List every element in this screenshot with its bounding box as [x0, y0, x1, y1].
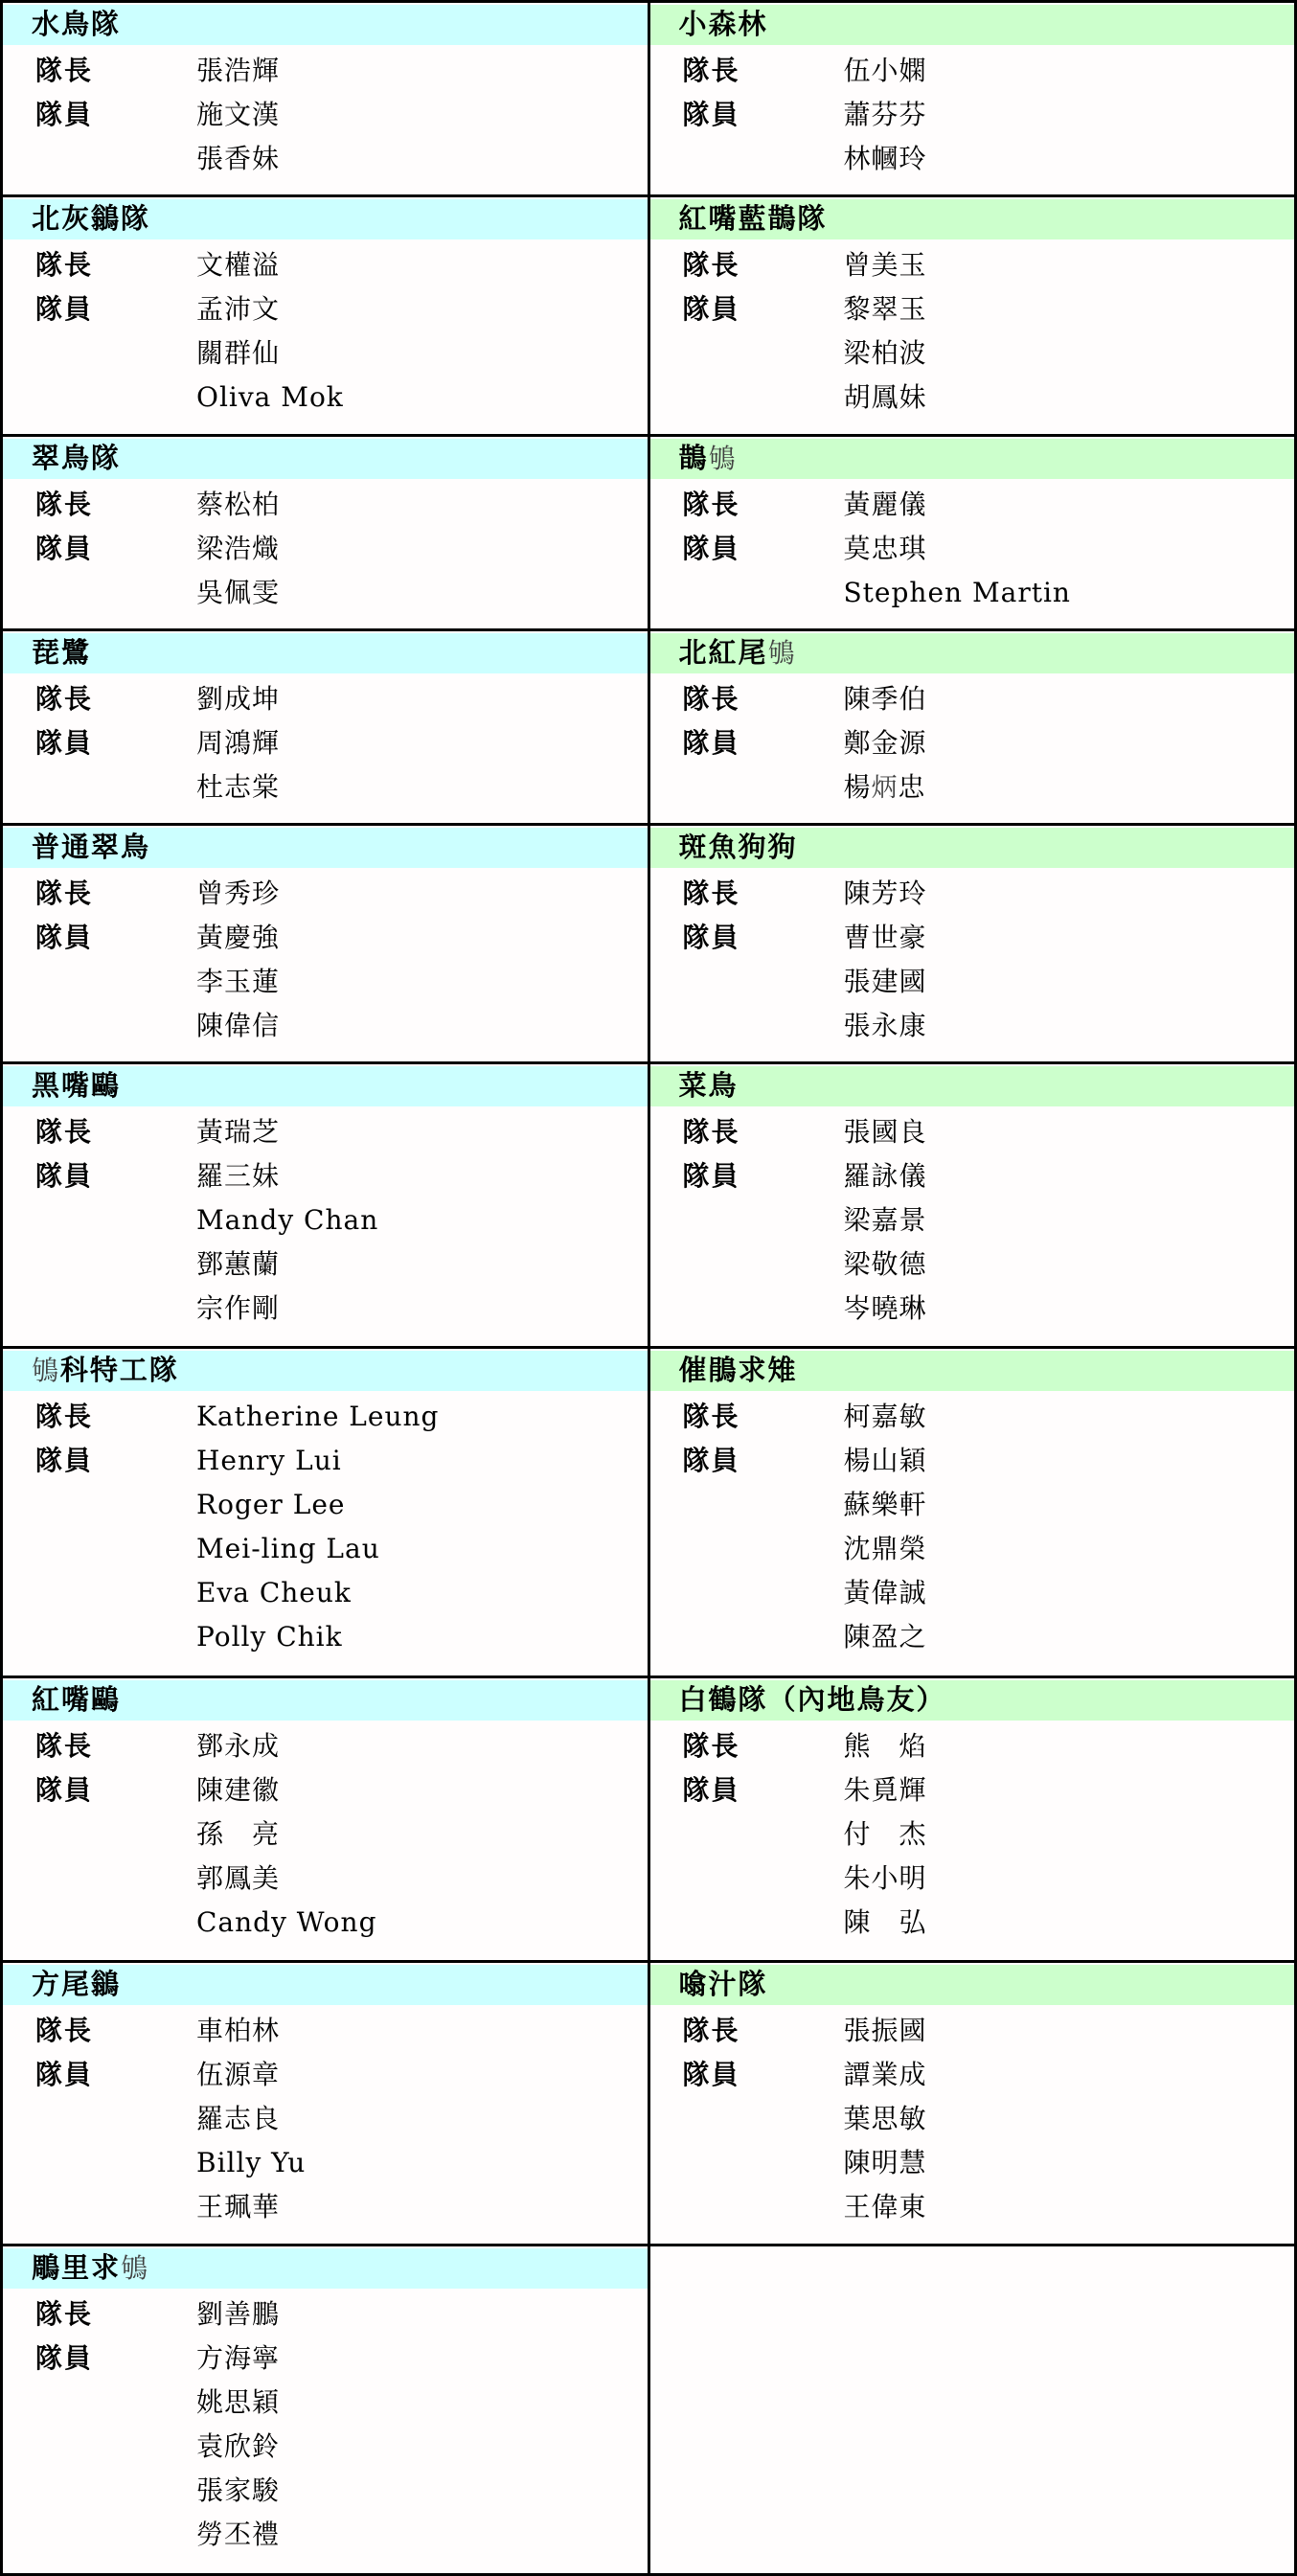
team-cell: 小森林隊長伍小嫻隊員蕭芬芬林幗玲	[648, 3, 1295, 194]
team-roster-rows: 隊長蔡松柏隊員梁浩熾吳佩雯	[3, 479, 648, 625]
roster-row: 隊員蕭芬芬	[650, 93, 1295, 137]
team-cell: 噏汁隊隊長張振國隊員譚業成葉思敏陳明慧王偉東	[648, 1960, 1295, 2245]
roster-row: 王珮華	[3, 2185, 648, 2229]
roster-row: Stephen Martin	[650, 571, 1295, 615]
roster-row: 李玉蓮	[3, 960, 648, 1004]
roster-table-row: 翠鳥隊隊長蔡松柏隊員梁浩熾吳佩雯鵲鴝隊長黃麗儀隊員莫忠琪Stephen Mart…	[3, 434, 1294, 628]
role-label: 隊員	[650, 2053, 844, 2097]
person-name: 張振國	[844, 2009, 1295, 2053]
team-name-header: 北紅尾鴝	[650, 633, 1295, 673]
person-name: 張永康	[844, 1004, 1295, 1048]
roster-row: 隊長文權溢	[3, 243, 648, 287]
roster-row: Mandy Chan	[3, 1198, 648, 1242]
role-label	[650, 1527, 844, 1571]
person-name: Oliva Mok	[196, 376, 648, 420]
roster-row: 胡鳳妹	[650, 376, 1295, 420]
roster-row: 隊員鄭金源	[650, 721, 1295, 765]
team-roster-rows: 隊長伍小嫻隊員蕭芬芬林幗玲	[650, 45, 1295, 191]
team-roster-rows: 隊長車柏林隊員伍源章羅志良Billy Yu王珮華	[3, 2005, 648, 2239]
roster-row: 隊員黃慶強	[3, 916, 648, 960]
roster-row: 陳盈之	[650, 1615, 1295, 1659]
person-name: Katherine Leung	[196, 1395, 648, 1439]
team-cell: 水鳥隊隊長張浩輝隊員施文漢張香妹	[3, 3, 648, 194]
role-label	[650, 960, 844, 1004]
role-label	[3, 1198, 196, 1242]
team-roster-rows: 隊長陳季伯隊員鄭金源楊炳忠	[650, 673, 1295, 819]
role-label	[650, 1198, 844, 1242]
roster-row: 孫 亮	[3, 1812, 648, 1857]
team-cell: 方尾鶲隊長車柏林隊員伍源章羅志良Billy Yu王珮華	[3, 1960, 648, 2245]
role-label: 隊員	[650, 1154, 844, 1198]
roster-row: Billy Yu	[3, 2141, 648, 2185]
roster-row: 蘇樂軒	[650, 1483, 1295, 1527]
roster-row: 朱小明	[650, 1857, 1295, 1901]
team-name-header: 紅嘴鷗	[3, 1680, 648, 1721]
role-label	[650, 2097, 844, 2141]
role-label: 隊員	[3, 2337, 196, 2381]
person-name: 張建國	[844, 960, 1295, 1004]
roster-row: 隊員周鴻輝	[3, 721, 648, 765]
role-label: 隊長	[3, 1724, 196, 1768]
role-label	[3, 2469, 196, 2513]
person-name: 黃偉誠	[844, 1571, 1295, 1615]
roster-row: 隊長曾美玉	[650, 243, 1295, 287]
roster-row: Roger Lee	[3, 1483, 648, 1527]
person-name: 鄧蕙蘭	[196, 1242, 648, 1287]
role-label	[3, 2381, 196, 2425]
roster-row: 鄧蕙蘭	[3, 1242, 648, 1287]
role-label: 隊長	[3, 1110, 196, 1154]
roster-row: 隊員羅三妹	[3, 1154, 648, 1198]
roster-row: 隊長車柏林	[3, 2009, 648, 2053]
role-label: 隊長	[650, 483, 844, 527]
roster-row: 隊員羅詠儀	[650, 1154, 1295, 1198]
roster-row: 隊長張振國	[650, 2009, 1295, 2053]
roster-row: Eva Cheuk	[3, 1571, 648, 1615]
person-name: 林幗玲	[844, 137, 1295, 181]
team-roster-rows: 隊長劉善鵬隊員方海寧姚思穎袁欣鈴張家駿勞丕禮	[3, 2289, 648, 2566]
person-name: 鄧永成	[196, 1724, 648, 1768]
team-roster-rows: 隊長張浩輝隊員施文漢張香妹	[3, 45, 648, 191]
roster-row: 隊員莫忠琪	[650, 527, 1295, 571]
role-label: 隊員	[650, 916, 844, 960]
role-label	[650, 2185, 844, 2229]
roster-row: 林幗玲	[650, 137, 1295, 181]
team-roster-rows: 隊長文權溢隊員孟沛文關群仙Oliva Mok	[3, 239, 648, 429]
person-name: Henry Lui	[196, 1439, 648, 1483]
role-label	[650, 137, 844, 181]
roster-row: 隊員Henry Lui	[3, 1439, 648, 1483]
person-name: 梁浩熾	[196, 527, 648, 571]
role-label	[3, 765, 196, 809]
person-name: 胡鳳妹	[844, 376, 1295, 420]
role-label	[650, 2141, 844, 2185]
roster-row: 楊炳忠	[650, 765, 1295, 809]
role-label	[3, 960, 196, 1004]
roster-row: 袁欣鈴	[3, 2425, 648, 2469]
roster-row: 張家駿	[3, 2469, 648, 2513]
team-cell: 北灰鶲隊隊長文權溢隊員孟沛文關群仙Oliva Mok	[3, 194, 648, 434]
team-cell: 紅嘴鷗隊長鄧永成隊員陳建徽孫 亮郭鳳美Candy Wong	[3, 1676, 648, 1960]
role-label: 隊長	[3, 49, 196, 93]
team-roster-rows: 隊長劉成坤隊員周鴻輝杜志棠	[3, 673, 648, 819]
roster-row: 岑曉琳	[650, 1287, 1295, 1331]
person-name: 朱覓輝	[844, 1768, 1295, 1812]
person-name: 施文漢	[196, 93, 648, 137]
person-name: 李玉蓮	[196, 960, 648, 1004]
roster-row: Polly Chik	[3, 1615, 648, 1659]
roster-table-row: 紅嘴鷗隊長鄧永成隊員陳建徽孫 亮郭鳳美Candy Wong白鶴隊（內地鳥友）隊長…	[3, 1676, 1294, 1960]
person-name: 杜志棠	[196, 765, 648, 809]
team-roster-rows: 隊長曾秀珍隊員黃慶強李玉蓮陳偉信	[3, 868, 648, 1058]
role-label	[3, 1857, 196, 1901]
roster-row: 勞丕禮	[3, 2513, 648, 2557]
role-label	[650, 331, 844, 376]
role-label: 隊員	[650, 721, 844, 765]
person-name: 莫忠琪	[844, 527, 1295, 571]
person-name: 王珮華	[196, 2185, 648, 2229]
team-roster-rows: 隊長熊 焰隊員朱覓輝付 杰朱小明陳 弘	[650, 1721, 1295, 1954]
roster-row: 隊長張國良	[650, 1110, 1295, 1154]
team-name-header: 琵鷺	[3, 633, 648, 673]
roster-row: 梁嘉景	[650, 1198, 1295, 1242]
person-name: 羅詠儀	[844, 1154, 1295, 1198]
team-roster-rows: 隊長陳芳玲隊員曹世豪張建國張永康	[650, 868, 1295, 1058]
roster-row: 隊員譚業成	[650, 2053, 1295, 2097]
team-cell: 琵鷺隊長劉成坤隊員周鴻輝杜志棠	[3, 628, 648, 823]
person-name: 梁嘉景	[844, 1198, 1295, 1242]
roster-row: Mei-ling Lau	[3, 1527, 648, 1571]
roster-row: 隊長陳芳玲	[650, 872, 1295, 916]
role-label	[3, 1901, 196, 1945]
role-label	[650, 571, 844, 615]
roster-row: 陳明慧	[650, 2141, 1295, 2185]
team-name-header: 北灰鶲隊	[3, 199, 648, 239]
person-name: 蔡松柏	[196, 483, 648, 527]
team-cell: 黑嘴鷗隊長黃瑞芝隊員羅三妹Mandy Chan鄧蕙蘭宗作剛	[3, 1061, 648, 1346]
person-name: 孫 亮	[196, 1812, 648, 1857]
roster-row: 沈鼎榮	[650, 1527, 1295, 1571]
person-name: 伍源章	[196, 2053, 648, 2097]
roster-row: 梁敬德	[650, 1242, 1295, 1287]
team-cell: 鴝科特工隊隊長Katherine Leung隊員Henry LuiRoger L…	[3, 1346, 648, 1676]
roster-row: 隊長鄧永成	[3, 1724, 648, 1768]
person-name: 楊炳忠	[844, 765, 1295, 809]
role-label	[650, 1483, 844, 1527]
role-label	[650, 1242, 844, 1287]
roster-row: 隊員方海寧	[3, 2337, 648, 2381]
roster-row: 宗作剛	[3, 1287, 648, 1331]
fallback-glyph: 鴝	[768, 638, 797, 668]
roster-row: 陳偉信	[3, 1004, 648, 1048]
role-label: 隊長	[650, 1724, 844, 1768]
person-name: 陳偉信	[196, 1004, 648, 1048]
roster-row: 姚思穎	[3, 2381, 648, 2425]
team-roster-rows: 隊長黃麗儀隊員莫忠琪Stephen Martin	[650, 479, 1295, 625]
team-name-header: 鵰里求鴝	[3, 2248, 648, 2289]
role-label	[3, 376, 196, 420]
person-name: 羅志良	[196, 2097, 648, 2141]
person-name: 柯嘉敏	[844, 1395, 1295, 1439]
team-cell: 紅嘴藍鵲隊隊長曾美玉隊員黎翠玉梁柏波胡鳳妹	[648, 194, 1295, 434]
role-label: 隊長	[3, 677, 196, 721]
person-name: 曾秀珍	[196, 872, 648, 916]
person-name: 黃瑞芝	[196, 1110, 648, 1154]
team-roster-rows: 隊長張國良隊員羅詠儀梁嘉景梁敬德岑曉琳	[650, 1106, 1295, 1340]
team-name-header: 催鵑求雉	[650, 1351, 1295, 1391]
person-name: 王偉東	[844, 2185, 1295, 2229]
role-label: 隊長	[650, 2009, 844, 2053]
role-label	[3, 2185, 196, 2229]
team-name-header: 翠鳥隊	[3, 439, 648, 479]
team-name-header: 普通翠鳥	[3, 828, 648, 868]
role-label	[650, 1571, 844, 1615]
person-name: 張家駿	[196, 2469, 648, 2513]
roster-row: 隊員曹世豪	[650, 916, 1295, 960]
roster-row: 隊長黃瑞芝	[3, 1110, 648, 1154]
team-roster-rows: 隊長鄧永成隊員陳建徽孫 亮郭鳳美Candy Wong	[3, 1721, 648, 1954]
roster-row: 隊員陳建徽	[3, 1768, 648, 1812]
roster-table-row: 鴝科特工隊隊長Katherine Leung隊員Henry LuiRoger L…	[3, 1346, 1294, 1676]
roster-row: 隊長Katherine Leung	[3, 1395, 648, 1439]
person-name: 姚思穎	[196, 2381, 648, 2425]
role-label	[3, 1571, 196, 1615]
person-name: 陳芳玲	[844, 872, 1295, 916]
roster-row: 羅志良	[3, 2097, 648, 2141]
team-cell: 菜鳥隊長張國良隊員羅詠儀梁嘉景梁敬德岑曉琳	[648, 1061, 1295, 1346]
roster-row: Oliva Mok	[3, 376, 648, 420]
role-label	[3, 1483, 196, 1527]
fallback-glyph: 炳	[872, 773, 899, 803]
person-name: 陳建徽	[196, 1768, 648, 1812]
person-name: 朱小明	[844, 1857, 1295, 1901]
roster-row: 關群仙	[3, 331, 648, 376]
roster-row: Candy Wong	[3, 1901, 648, 1945]
roster-table-row: 琵鷺隊長劉成坤隊員周鴻輝杜志棠北紅尾鴝隊長陳季伯隊員鄭金源楊炳忠	[3, 628, 1294, 823]
role-label	[650, 1004, 844, 1048]
person-name: 陳明慧	[844, 2141, 1295, 2185]
role-label: 隊員	[650, 1768, 844, 1812]
roster-row: 隊長蔡松柏	[3, 483, 648, 527]
team-cell: 普通翠鳥隊長曾秀珍隊員黃慶強李玉蓮陳偉信	[3, 823, 648, 1062]
person-name: 宗作剛	[196, 1287, 648, 1331]
role-label: 隊員	[650, 93, 844, 137]
role-label: 隊員	[650, 527, 844, 571]
person-name: 張國良	[844, 1110, 1295, 1154]
fallback-glyph: 鴝	[709, 444, 738, 473]
role-label: 隊員	[3, 1439, 196, 1483]
role-label: 隊員	[3, 1154, 196, 1198]
role-label: 隊員	[3, 721, 196, 765]
person-name: 陳盈之	[844, 1615, 1295, 1659]
person-name: 黃麗儀	[844, 483, 1295, 527]
role-label	[3, 1812, 196, 1857]
role-label: 隊長	[3, 243, 196, 287]
roster-table-row: 北灰鶲隊隊長文權溢隊員孟沛文關群仙Oliva Mok紅嘴藍鵲隊隊長曾美玉隊員黎翠…	[3, 194, 1294, 434]
roster-row: 隊長黃麗儀	[650, 483, 1295, 527]
role-label	[3, 1287, 196, 1331]
roster-row: 隊長劉善鵬	[3, 2292, 648, 2337]
person-name: Candy Wong	[196, 1901, 648, 1945]
team-name-header: 鵲鴝	[650, 439, 1295, 479]
person-name: 蘇樂軒	[844, 1483, 1295, 1527]
roster-row: 隊員梁浩熾	[3, 527, 648, 571]
roster-row: 隊長柯嘉敏	[650, 1395, 1295, 1439]
role-label: 隊長	[650, 1110, 844, 1154]
person-name: Roger Lee	[196, 1483, 648, 1527]
role-label	[650, 1615, 844, 1659]
person-name: 葉思敏	[844, 2097, 1295, 2141]
role-label: 隊長	[3, 2292, 196, 2337]
roster-row: 梁柏波	[650, 331, 1295, 376]
roster-row: 黃偉誠	[650, 1571, 1295, 1615]
person-name: 周鴻輝	[196, 721, 648, 765]
role-label	[3, 1527, 196, 1571]
person-name: 張浩輝	[196, 49, 648, 93]
role-label	[3, 571, 196, 615]
fallback-glyph: 鴝	[121, 2253, 149, 2283]
role-label	[650, 1287, 844, 1331]
roster-table-row: 鵰里求鴝隊長劉善鵬隊員方海寧姚思穎袁欣鈴張家駿勞丕禮	[3, 2244, 1294, 2573]
team-cell: 催鵑求雉隊長柯嘉敏隊員楊山穎蘇樂軒沈鼎榮黃偉誠陳盈之	[648, 1346, 1295, 1676]
roster-row: 隊員孟沛文	[3, 287, 648, 331]
team-name-header: 白鶴隊（內地鳥友）	[650, 1680, 1295, 1721]
roster-row: 隊員楊山穎	[650, 1439, 1295, 1483]
person-name: 郭鳳美	[196, 1857, 648, 1901]
person-name: 曾美玉	[844, 243, 1295, 287]
roster-row: 隊長劉成坤	[3, 677, 648, 721]
roster-row: 杜志棠	[3, 765, 648, 809]
team-roster-rows: 隊長柯嘉敏隊員楊山穎蘇樂軒沈鼎榮黃偉誠陳盈之	[650, 1391, 1295, 1669]
roster-table-row: 黑嘴鷗隊長黃瑞芝隊員羅三妹Mandy Chan鄧蕙蘭宗作剛菜鳥隊長張國良隊員羅詠…	[3, 1061, 1294, 1346]
person-name: 蕭芬芬	[844, 93, 1295, 137]
role-label: 隊長	[3, 483, 196, 527]
role-label	[650, 765, 844, 809]
team-name-header: 小森林	[650, 5, 1295, 45]
team-roster-rows: 隊長曾美玉隊員黎翠玉梁柏波胡鳳妹	[650, 239, 1295, 429]
team-roster-table: 水鳥隊隊長張浩輝隊員施文漢張香妹小森林隊長伍小嫻隊員蕭芬芬林幗玲北灰鶲隊隊長文權…	[0, 0, 1297, 2576]
team-cell: 北紅尾鴝隊長陳季伯隊員鄭金源楊炳忠	[648, 628, 1295, 823]
role-label	[650, 376, 844, 420]
team-cell: 鵰里求鴝隊長劉善鵬隊員方海寧姚思穎袁欣鈴張家駿勞丕禮	[3, 2244, 648, 2573]
person-name: Mandy Chan	[196, 1198, 648, 1242]
roster-table-row: 水鳥隊隊長張浩輝隊員施文漢張香妹小森林隊長伍小嫻隊員蕭芬芬林幗玲	[3, 3, 1294, 194]
person-name: 楊山穎	[844, 1439, 1295, 1483]
person-name: 梁敬德	[844, 1242, 1295, 1287]
team-roster-rows: 隊長Katherine Leung隊員Henry LuiRoger LeeMei…	[3, 1391, 648, 1669]
team-cell: 斑魚狗狗隊長陳芳玲隊員曹世豪張建國張永康	[648, 823, 1295, 1062]
person-name: Stephen Martin	[844, 571, 1295, 615]
role-label: 隊長	[650, 1395, 844, 1439]
roster-table-row: 普通翠鳥隊長曾秀珍隊員黃慶強李玉蓮陳偉信斑魚狗狗隊長陳芳玲隊員曹世豪張建國張永康	[3, 823, 1294, 1062]
role-label	[650, 1901, 844, 1945]
person-name: 袁欣鈴	[196, 2425, 648, 2469]
person-name: Billy Yu	[196, 2141, 648, 2185]
team-name-header: 菜鳥	[650, 1066, 1295, 1106]
roster-row: 付 杰	[650, 1812, 1295, 1857]
team-name-header: 噏汁隊	[650, 1965, 1295, 2005]
roster-row: 隊長陳季伯	[650, 677, 1295, 721]
team-cell: 鵲鴝隊長黃麗儀隊員莫忠琪Stephen Martin	[648, 434, 1295, 628]
person-name: 陳季伯	[844, 677, 1295, 721]
team-name-header: 方尾鶲	[3, 1965, 648, 2005]
person-name: 伍小嫻	[844, 49, 1295, 93]
role-label: 隊長	[3, 872, 196, 916]
person-name: 付 杰	[844, 1812, 1295, 1857]
person-name: 梁柏波	[844, 331, 1295, 376]
role-label	[3, 1615, 196, 1659]
fallback-glyph: 鴝	[32, 1356, 60, 1385]
role-label	[3, 331, 196, 376]
person-name: 羅三妹	[196, 1154, 648, 1198]
roster-row: 張建國	[650, 960, 1295, 1004]
role-label: 隊員	[650, 1439, 844, 1483]
roster-row: 隊長熊 焰	[650, 1724, 1295, 1768]
team-name-header: 鴝科特工隊	[3, 1351, 648, 1391]
role-label	[3, 1242, 196, 1287]
team-name-header: 水鳥隊	[3, 5, 648, 45]
roster-row: 隊長張浩輝	[3, 49, 648, 93]
person-name: 岑曉琳	[844, 1287, 1295, 1331]
roster-row: 隊員施文漢	[3, 93, 648, 137]
team-name-header: 斑魚狗狗	[650, 828, 1295, 868]
role-label: 隊員	[3, 916, 196, 960]
roster-row: 葉思敏	[650, 2097, 1295, 2141]
role-label	[3, 2425, 196, 2469]
roster-row: 吳佩雯	[3, 571, 648, 615]
role-label	[3, 2097, 196, 2141]
person-name: 沈鼎榮	[844, 1527, 1295, 1571]
person-name: 曹世豪	[844, 916, 1295, 960]
roster-row: 隊員伍源章	[3, 2053, 648, 2097]
person-name: 劉成坤	[196, 677, 648, 721]
roster-row: 張香妹	[3, 137, 648, 181]
role-label: 隊長	[650, 49, 844, 93]
person-name: 方海寧	[196, 2337, 648, 2381]
person-name: 陳 弘	[844, 1901, 1295, 1945]
roster-row: 郭鳳美	[3, 1857, 648, 1901]
empty-cell	[648, 2244, 1295, 2573]
roster-row: 張永康	[650, 1004, 1295, 1048]
person-name: 劉善鵬	[196, 2292, 648, 2337]
role-label: 隊長	[650, 872, 844, 916]
person-name: 車柏林	[196, 2009, 648, 2053]
role-label: 隊長	[3, 1395, 196, 1439]
role-label	[650, 1812, 844, 1857]
person-name: 黎翠玉	[844, 287, 1295, 331]
person-name: 孟沛文	[196, 287, 648, 331]
team-name-header: 紅嘴藍鵲隊	[650, 199, 1295, 239]
roster-row: 陳 弘	[650, 1901, 1295, 1945]
role-label	[3, 2513, 196, 2557]
role-label	[3, 137, 196, 181]
person-name: 鄭金源	[844, 721, 1295, 765]
person-name: 熊 焰	[844, 1724, 1295, 1768]
person-name: Polly Chik	[196, 1615, 648, 1659]
person-name: 譚業成	[844, 2053, 1295, 2097]
person-name: Eva Cheuk	[196, 1571, 648, 1615]
roster-row: 隊長曾秀珍	[3, 872, 648, 916]
role-label: 隊長	[650, 677, 844, 721]
team-cell: 翠鳥隊隊長蔡松柏隊員梁浩熾吳佩雯	[3, 434, 648, 628]
role-label	[3, 1004, 196, 1048]
role-label: 隊長	[650, 243, 844, 287]
team-cell: 白鶴隊（內地鳥友）隊長熊 焰隊員朱覓輝付 杰朱小明陳 弘	[648, 1676, 1295, 1960]
roster-row: 隊長伍小嫻	[650, 49, 1295, 93]
roster-row: 隊員朱覓輝	[650, 1768, 1295, 1812]
person-name: Mei-ling Lau	[196, 1527, 648, 1571]
role-label	[3, 2141, 196, 2185]
